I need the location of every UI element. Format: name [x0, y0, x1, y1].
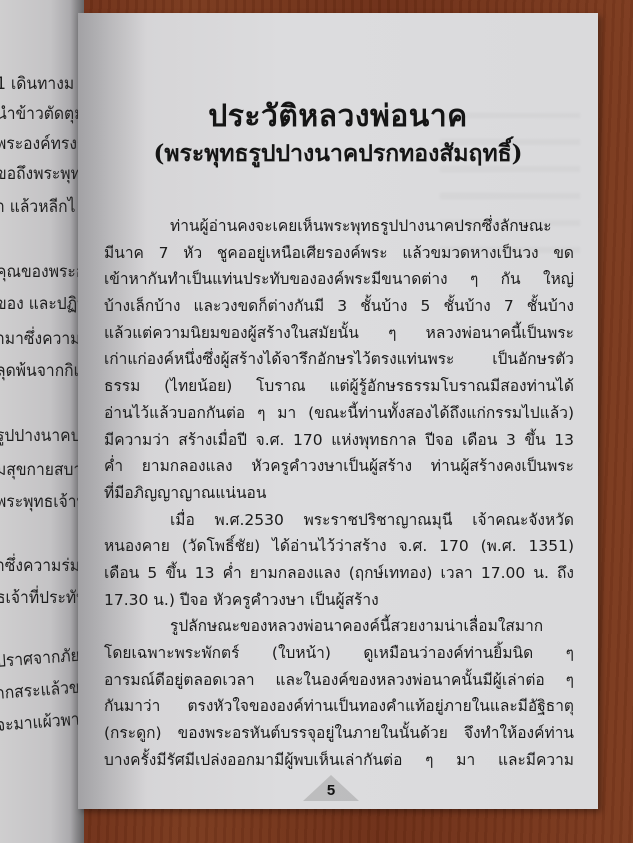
left-page-line: า แล้วหลีกไ: [0, 193, 75, 220]
body-line: (กระดูก) ของพระอรหันต์บรรจุอยู่ในภายในนั…: [104, 720, 574, 747]
body-line: มีนาค 7 หัว ชูคออยู่เหนือเศียรองค์พระ แล…: [104, 240, 574, 267]
page-number: 5: [303, 782, 359, 799]
body-line: ท่านผู้อ่านคงจะเคยเห็นพระพุทธรูปปางนาคปร…: [104, 213, 574, 240]
body-line: โดยเฉพาะพระพักตร์ (ใบหน้า) ดูเหมือนว่าอง…: [104, 640, 574, 667]
page-title: ประวัติหลวงพ่อนาค: [78, 93, 598, 140]
body-line: บ้างเล็กบ้าง และวงขดก็ต่างกันมี 3 ชั้นบ้…: [104, 293, 574, 320]
left-page-line: ขอถึงพระพุท: [0, 160, 81, 187]
body-line: มีความว่า สร้างเมื่อปี จ.ศ. 170 แห่งพุทธ…: [104, 427, 574, 454]
body-line: แล้วแต่ความนิยมของผู้สร้างในสมัยนั้น ๆ ห…: [104, 320, 574, 347]
body-line: อ่านไว้แล้วบอกกันต่อ ๆ มา (ขณะนี้ท่านทั้…: [104, 400, 574, 427]
body-line: บางครั้งมีรัศมีเปล่งออกมามีผู้พบเห็นเล่า…: [104, 747, 574, 774]
body-line: ค่ำ ยามกลองแลง หัวครูคำวงษาเป็นผู้สร้าง …: [104, 453, 574, 480]
left-page-line: 1 เดินทางม: [0, 70, 74, 97]
body-line: รูปลักษณะของหลวงพ่อนาคองค์นี้สวยงามน่าเล…: [104, 613, 574, 640]
page-number-footer: 5: [303, 773, 359, 803]
body-text: ท่านผู้อ่านคงจะเคยเห็นพระพุทธรูปปางนาคปร…: [104, 213, 574, 773]
page-subtitle: (พระพุทธรูปปางนาคปรกทองสัมฤทธิ์): [78, 136, 598, 172]
body-line: อารมณ์ดีอยู่ตลอดเวลา และในองค์ของหลวงพ่อ…: [104, 667, 574, 694]
left-page: 1 เดินทางมนำข้าวตัดตุมพระองค์ทรงรัขอถึงพ…: [0, 0, 84, 843]
body-line: 17.30 น.) ปีจอ หัวครูคำวงษา เป็นผู้สร้าง: [104, 587, 574, 614]
body-line: เมื่อ พ.ศ.2530 พระราชปริชาญาณมุนี เจ้าคณ…: [104, 507, 574, 534]
body-line: กันมาว่า ตรงหัวใจขององค์ท่านเป็นทองคำแท้…: [104, 693, 574, 720]
body-line: เดือน 5 ขึ้น 13 ค่ำ ยามกลองแลง (ฤกษ์เททอ…: [104, 560, 574, 587]
body-line: เข้าหากันทำเป็นแท่นประทับขององค์พระมีขนา…: [104, 266, 574, 293]
body-line: ธรรม (ไทยน้อย) โบราณ แต่ผู้รู้อักษรธรรมโ…: [104, 373, 574, 400]
right-page: ประวัติหลวงพ่อนาค (พระพุทธรูปปางนาคปรกทอ…: [78, 13, 598, 809]
body-line: หนองคาย (วัดโพธิ์ชัย) ได้อ่านไว้ว่าสร้าง…: [104, 533, 574, 560]
body-line: ที่มีอภิญญาญาณแน่นอน: [104, 480, 574, 507]
body-line: เก่าแก่องค์หนึ่งซึ่งผู้สร้างได้จารึกอักษ…: [104, 346, 574, 373]
